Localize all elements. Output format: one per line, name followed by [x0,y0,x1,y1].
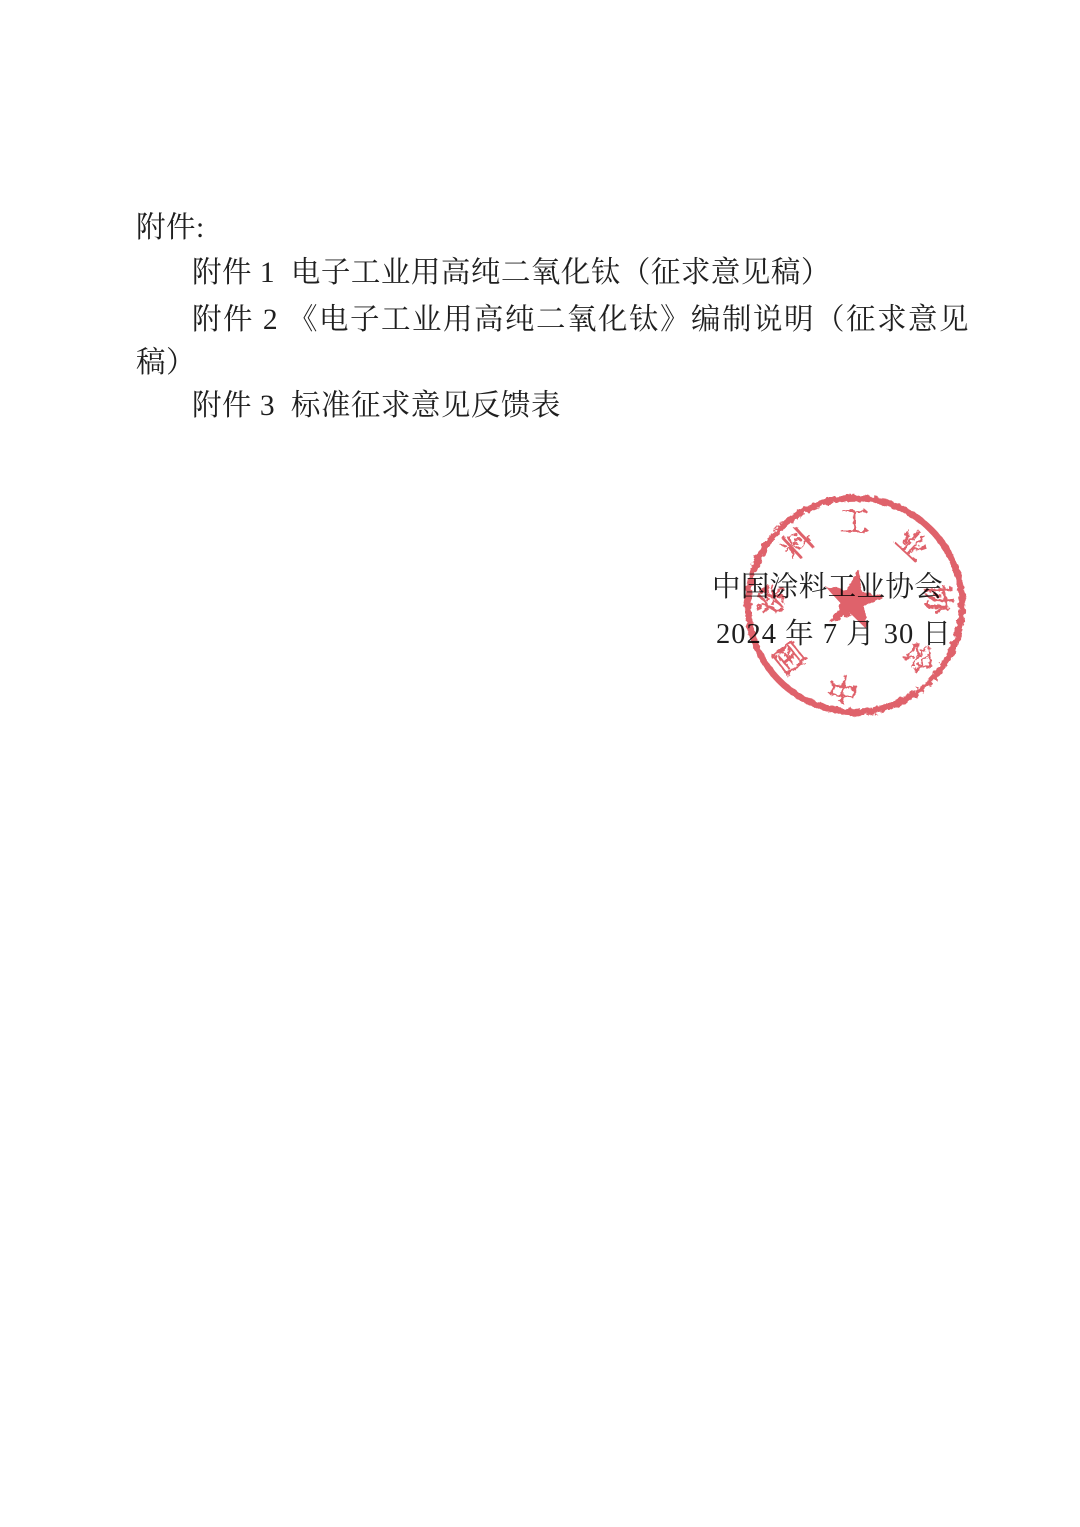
seal-arc-char: 工 [840,506,870,539]
seal-ring [748,498,962,712]
signature-organization: 中国涂料工业协会 [712,564,943,605]
seal-arc-char: 业 [889,522,933,567]
seal-arc-char: 料 [777,522,821,567]
seal-arc-char: 中 [826,668,860,705]
attachment-line-3: 附件 3 标准征求意见反馈表 [192,390,561,424]
official-seal-stamp: 中国涂料工业协会 [725,475,985,735]
signature-date: 2024 年 7 月 30 日 [716,611,952,652]
seal-arc-text: 中国涂料工业协会 [755,506,955,705]
attachment-line-2-continuation: 稿） [136,347,196,381]
attachment-line-2: 附件 2 《电子工业用高纯二氧化钛》编制说明（征求意见 [192,304,970,338]
document-page: 附件: 附件 1 电子工业用高纯二氧化钛（征求意见稿） 附件 2 《电子工业用高… [0,0,1080,1527]
attachment-line-1: 附件 1 电子工业用高纯二氧化钛（征求意见稿） [192,257,831,291]
attachments-heading: 附件: [136,212,205,246]
